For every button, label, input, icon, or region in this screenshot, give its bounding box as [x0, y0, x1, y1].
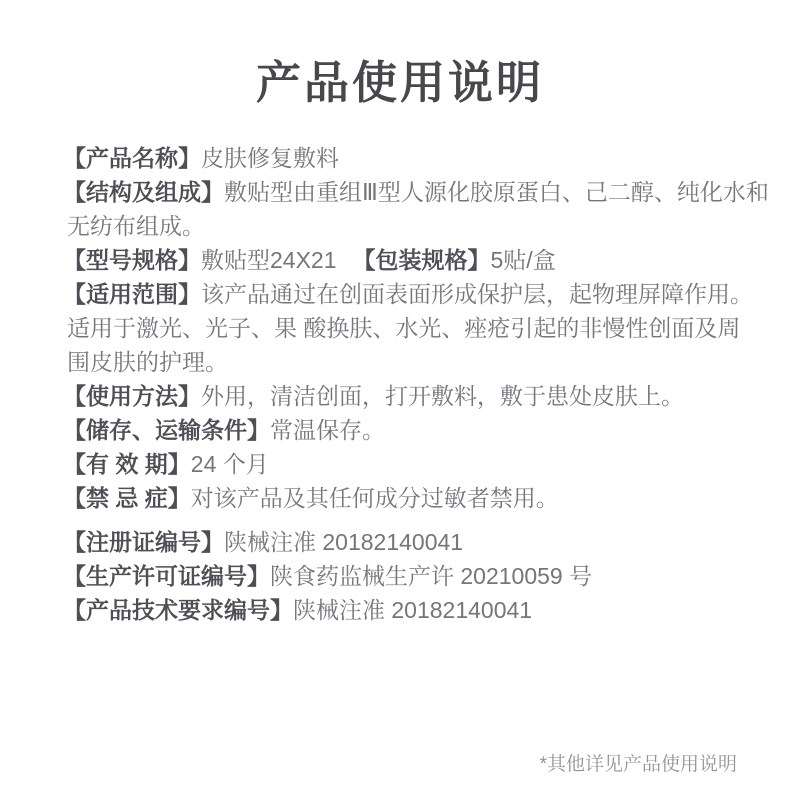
spec-label: 【有 效 期】: [63, 451, 191, 477]
spec-value: 24 个月: [191, 451, 269, 477]
spec-label: 【型号规格】: [63, 247, 201, 273]
spec-value: 敷贴型24X21: [201, 247, 337, 273]
reg-label: 【生产许可证编号】: [63, 563, 270, 589]
spec-value: 该产品通过在创面表面形成保护层，起物理屏障作用。: [201, 281, 753, 307]
registration-list: 【注册证编号】陕械注准 20182140041 【生产许可证编号】陕食药监械生产…: [63, 525, 745, 627]
spec-line-contraindications: 【禁 忌 症】对该产品及其任何成分过敏者禁用。: [63, 481, 745, 515]
spec-label: 【使用方法】: [63, 383, 201, 409]
spec-line-shelf-life: 【有 效 期】24 个月: [63, 447, 745, 481]
spec-label: 【储存、运输条件】: [63, 417, 270, 443]
spec-value: 皮肤修复敷料: [201, 145, 339, 171]
reg-label: 【注册证编号】: [63, 529, 224, 555]
footer-note: *其他详见产品使用说明: [540, 752, 737, 778]
spec-line-storage: 【储存、运输条件】常温保存。: [63, 413, 745, 447]
spec-label: 【结构及组成】: [63, 179, 224, 205]
spec-label: 【适用范围】: [63, 281, 201, 307]
spec-line-usage: 【使用方法】外用，清洁创面，打开敷料，敷于患处皮肤上。: [63, 379, 745, 413]
spec-value: 对该产品及其任何成分过敏者禁用。: [191, 485, 559, 511]
spec-line-model-and-packaging: 【型号规格】敷贴型24X21【包装规格】5贴/盒: [63, 243, 745, 277]
reg-value: 陕械注准 20182140041: [224, 529, 463, 555]
spec-label: 【禁 忌 症】: [63, 485, 191, 511]
spec-line-scope-cont-2: 围皮肤的护理。: [63, 345, 745, 379]
spec-value: 围皮肤的护理。: [67, 349, 228, 375]
spec-line-product-name: 【产品名称】皮肤修复敷料: [63, 141, 745, 175]
spec-value-packaging: 5贴/盒: [491, 247, 556, 273]
spec-line-scope-cont-1: 适用于激光、光子、果 酸换肤、水光、痤疮引起的非慢性创面及周: [63, 311, 745, 345]
reg-line-registration-no: 【注册证编号】陕械注准 20182140041: [63, 525, 745, 559]
spec-list: 【产品名称】皮肤修复敷料 【结构及组成】敷贴型由重组Ⅲ型人源化胶原蛋白、己二醇、…: [63, 141, 745, 627]
reg-line-technical-requirement-no: 【产品技术要求编号】陕械注准 20182140041: [63, 593, 745, 627]
reg-value: 陕食药监械生产许 20210059 号: [270, 563, 592, 589]
spec-line-composition-cont: 无纺布组成。: [63, 209, 745, 243]
spec-label: 【产品名称】: [63, 145, 201, 171]
spec-line-scope: 【适用范围】该产品通过在创面表面形成保护层，起物理屏障作用。: [63, 277, 745, 311]
reg-line-production-license-no: 【生产许可证编号】陕食药监械生产许 20210059 号: [63, 559, 745, 593]
page-title: 产品使用说明: [0, 56, 800, 110]
spec-label-packaging: 【包装规格】: [353, 247, 491, 273]
product-instruction-page: 产品使用说明 【产品名称】皮肤修复敷料 【结构及组成】敷贴型由重组Ⅲ型人源化胶原…: [0, 0, 800, 800]
spec-line-composition: 【结构及组成】敷贴型由重组Ⅲ型人源化胶原蛋白、己二醇、纯化水和: [63, 175, 745, 209]
spec-value: 常温保存。: [270, 417, 385, 443]
spec-value: 适用于激光、光子、果 酸换肤、水光、痤疮引起的非慢性创面及周: [67, 315, 740, 341]
reg-label: 【产品技术要求编号】: [63, 597, 293, 623]
spec-value: 无纺布组成。: [67, 213, 205, 239]
spec-value: 敷贴型由重组Ⅲ型人源化胶原蛋白、己二醇、纯化水和: [224, 179, 769, 205]
reg-value: 陕械注准 20182140041: [293, 597, 532, 623]
spec-value: 外用，清洁创面，打开敷料，敷于患处皮肤上。: [201, 383, 684, 409]
